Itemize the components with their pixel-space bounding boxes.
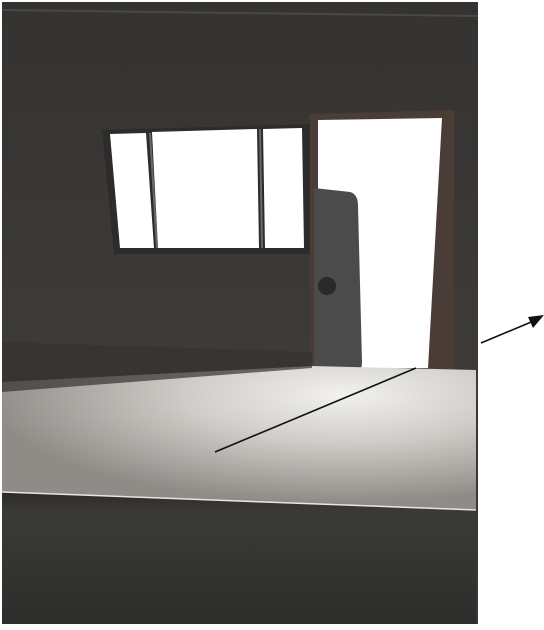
arrow-line-outside — [481, 320, 536, 343]
arrow-annotation — [0, 0, 544, 630]
arrowhead-icon — [528, 315, 544, 328]
arrow-line-floor — [215, 368, 416, 452]
